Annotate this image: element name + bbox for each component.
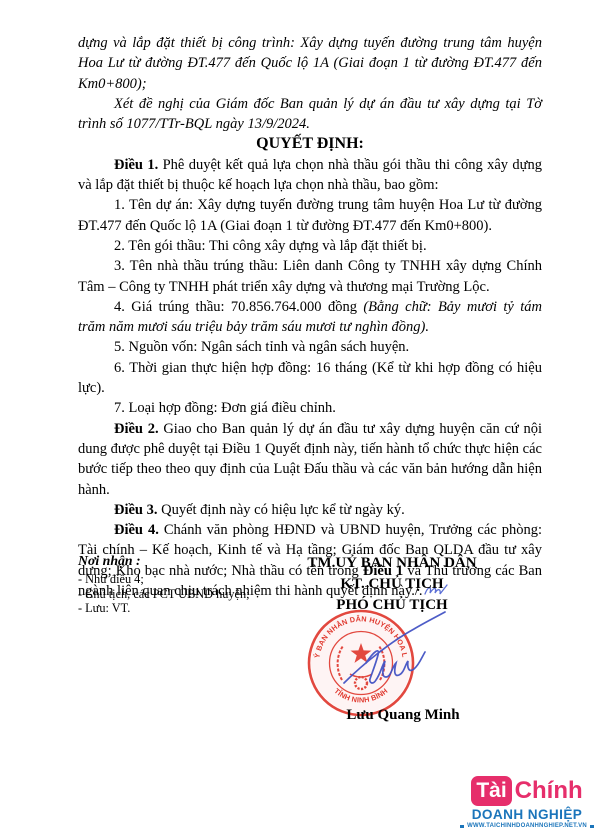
article-4-label: Điều 4.	[114, 522, 159, 538]
article-3-text: Quyết định này có hiệu lực kể từ ngày ký…	[158, 502, 405, 518]
logo-url-row: WWW.TAICHINHDOANHNGHIEP.NET.VN	[460, 823, 594, 829]
logo-row-brand: Tài Chính	[460, 776, 594, 806]
recipients-block: Nơi nhận : - Như điều 4; - Chủ tịch, các…	[78, 554, 250, 616]
preamble-continuation: dựng và lắp đặt thiết bị công trình: Xây…	[78, 33, 542, 94]
document-page: dựng và lắp đặt thiết bị công trình: Xây…	[0, 0, 594, 838]
logo-website-url: WWW.TAICHINHDOANHNGHIEP.NET.VN	[467, 823, 587, 829]
item-contract-duration: 6. Thời gian thực hiện hợp đồng: 16 thán…	[78, 358, 542, 399]
article-2-label: Điều 2.	[114, 421, 159, 437]
item-winning-price: 4. Giá trúng thầu: 70.856.764.000 đồng (…	[78, 297, 542, 338]
recipient-line: - Chủ tịch, các PCT UBND huyện;	[78, 587, 250, 602]
signing-title-kt: KT. CHỦ TỊCH	[268, 574, 516, 595]
article-1-label: Điều 1.	[114, 157, 158, 173]
recipients-title: Nơi nhận :	[78, 554, 250, 569]
document-body: dựng và lắp đặt thiết bị công trình: Xây…	[78, 33, 542, 601]
item-winning-price-number: 4. Giá trúng thầu: 70.856.764.000 đồng	[114, 299, 363, 315]
logo-dash-left	[460, 825, 464, 828]
decision-heading: QUYẾT ĐỊNH:	[78, 134, 542, 154]
recipient-line: - Lưu: VT.	[78, 601, 250, 616]
item-contract-type: 7. Loại hợp đồng: Đơn giá điều chỉnh.	[78, 398, 542, 418]
item-funding-source: 5. Nguồn vốn: Ngân sách tỉnh và ngân sác…	[78, 337, 542, 357]
item-project-name: 1. Tên dự án: Xây dựng tuyến đường trung…	[78, 195, 542, 236]
logo-word-tai: Tài	[471, 776, 511, 806]
recipient-line: - Như điều 4;	[78, 572, 250, 587]
logo-word-doanhnghiep: DOANH NGHIỆP	[460, 807, 594, 822]
handwritten-signature	[328, 597, 458, 707]
signing-authority: TM.UỶ BAN NHÂN DÂN	[268, 553, 516, 574]
taichinh-doanhnghiep-logo: Tài Chính DOANH NGHIỆP WWW.TAICHINHDOANH…	[460, 776, 594, 829]
article-2: Điều 2. Giao cho Ban quản lý dự án đầu t…	[78, 419, 542, 500]
item-contractor-name: 3. Tên nhà thầu trúng thầu: Liên danh Cô…	[78, 256, 542, 297]
signer-name: Lưu Quang Minh	[288, 707, 518, 724]
preamble-proposal: Xét đề nghị của Giám đốc Ban quản lý dự …	[78, 94, 542, 135]
item-package-name: 2. Tên gói thầu: Thi công xây dựng và lắ…	[78, 236, 542, 256]
logo-dash-right	[590, 825, 594, 828]
article-1: Điều 1. Phê duyệt kết quả lựa chọn nhà t…	[78, 155, 542, 196]
logo-word-chinh: Chính	[515, 779, 583, 803]
article-3-label: Điều 3.	[114, 502, 158, 518]
article-3: Điều 3. Quyết định này có hiệu lực kể từ…	[78, 500, 542, 520]
